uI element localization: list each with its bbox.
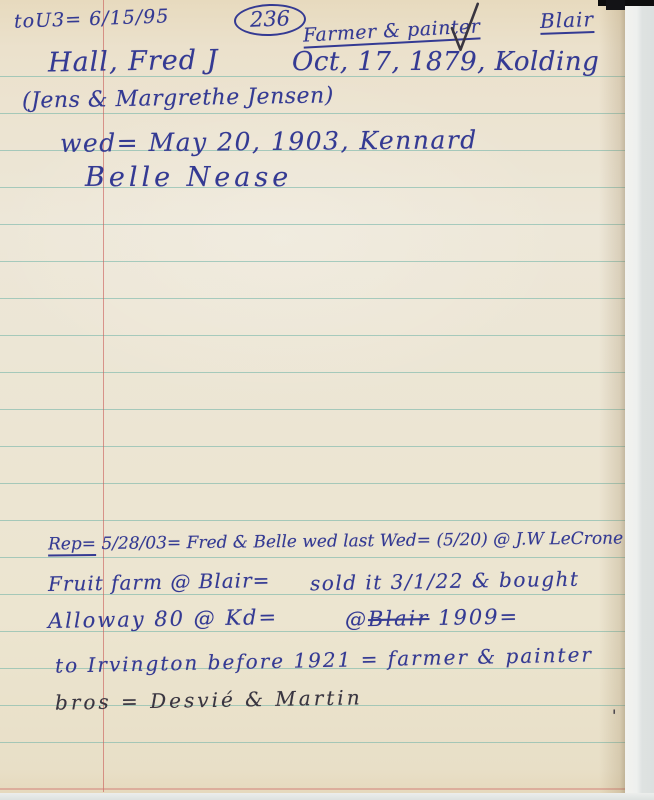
scanner-black-notch	[606, 0, 625, 10]
ref-note: toU3= 6/15/95	[14, 5, 170, 32]
farm-line: Fruit farm @ Blair=	[48, 568, 271, 596]
page-number: 236	[234, 4, 306, 36]
blair-struck: Blair	[368, 606, 430, 631]
scanner-bottom-edge	[0, 793, 654, 800]
underlying-sheet-edge	[625, 0, 654, 800]
bottom-margin-line	[0, 788, 625, 790]
report-label: Rep=	[48, 534, 96, 557]
page-number-circle: 236	[233, 3, 306, 37]
name-line: Hall, Fred J	[48, 45, 219, 79]
sold-line: sold it 3/1/22 & bought	[310, 567, 580, 596]
notebook-page: toU3= 6/15/95 236 Farmer & painter Blair…	[0, 0, 625, 793]
stray-ink-mark: '	[612, 706, 616, 725]
location-note: Blair	[540, 7, 595, 33]
alloway-line: Alloway 80 @ Kd=	[48, 605, 278, 633]
scanned-page: toU3= 6/15/95 236 Farmer & painter Blair…	[0, 0, 654, 800]
page-edge-shadow	[599, 0, 625, 793]
spouse-line: Belle Nease	[85, 162, 292, 193]
birth-line: Oct, 17, 1879, Kolding	[292, 47, 599, 77]
marriage-line: wed= May 20, 1903, Kennard	[60, 125, 478, 158]
blair-1909-line: @Blair 1909=	[345, 604, 520, 631]
